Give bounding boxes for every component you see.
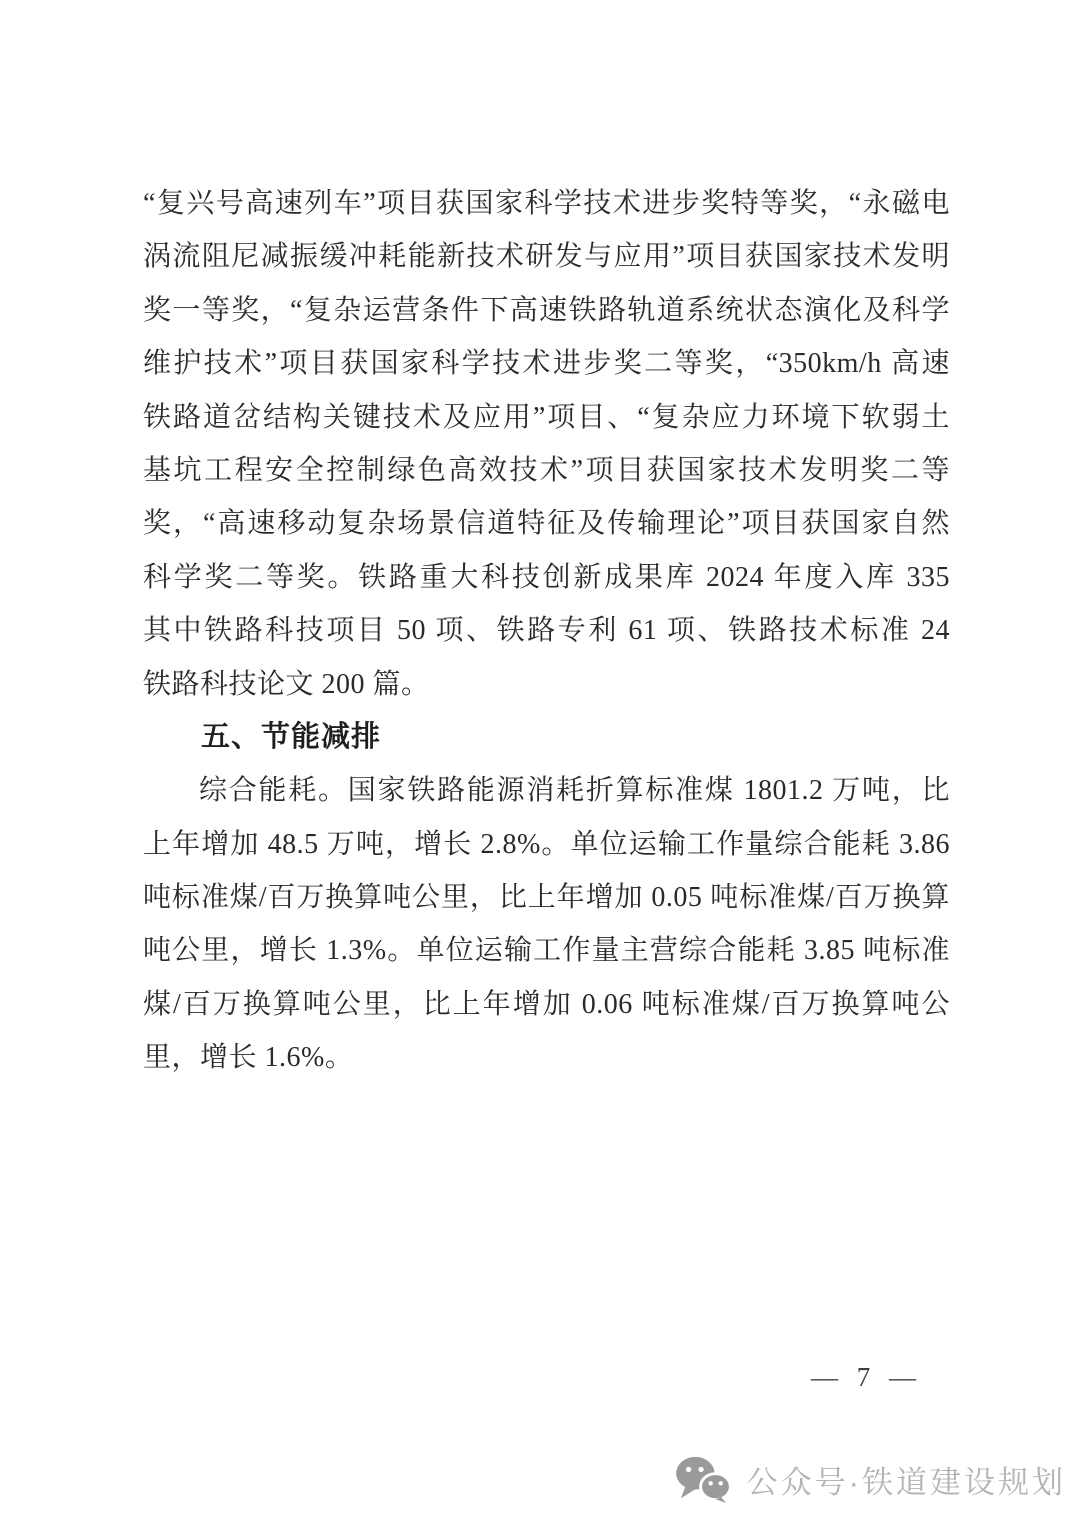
body-line: 奖，“高速移动复杂场景信道特征及传输理论”项目获国家自然 — [143, 497, 950, 550]
body-line: 煤/百万换算吨公里，比上年增加 0.06 吨标准煤/百万换算吨公 — [143, 978, 950, 1031]
body-line: 基坑工程安全控制绿色高效技术”项目获国家技术发明奖二等 — [143, 444, 950, 497]
body-line: 里，增长 1.6%。 — [143, 1031, 950, 1084]
wechat-watermark: 公众号·铁道建设规划 — [673, 1455, 1066, 1503]
body-line: 上年增加 48.5 万吨，增长 2.8%。单位运输工作量综合能耗 3.86 — [143, 818, 950, 871]
document-body: “复兴号高速列车”项目获国家科学技术进步奖特等奖，“永磁电 涡流阻尼减振缓冲耗能… — [143, 177, 950, 1085]
body-line: 铁路科技论文 200 篇。 — [143, 658, 950, 711]
body-line: 涡流阻尼减振缓冲耗能新技术研发与应用”项目获国家技术发明 — [143, 230, 950, 283]
section-heading: 五、节能减排 — [143, 711, 950, 764]
body-line: “复兴号高速列车”项目获国家科学技术进步奖特等奖，“永磁电 — [143, 177, 950, 230]
wechat-icon — [673, 1455, 733, 1503]
page-number: — 7 — — [811, 1362, 922, 1393]
body-line: 吨公里，增长 1.3%。单位运输工作量主营综合能耗 3.85 吨标准 — [143, 924, 950, 977]
body-line: 奖一等奖，“复杂运营条件下高速铁路轨道系统状态演化及科学 — [143, 284, 950, 337]
body-line: 铁路道岔结构关键技术及应用”项目、“复杂应力环境下软弱土 — [143, 391, 950, 444]
watermark-label: 公众号·铁道建设规划 — [747, 1457, 1066, 1502]
document-page: “复兴号高速列车”项目获国家科学技术进步奖特等奖，“永磁电 涡流阻尼减振缓冲耗能… — [0, 0, 1080, 1527]
body-line: 维护技术”项目获国家科学技术进步奖二等奖，“350km/h 高速 — [143, 337, 950, 390]
body-line: 科学奖二等奖。铁路重大科技创新成果库 2024 年度入库 335 项， — [143, 551, 950, 604]
body-line: 其中铁路科技项目 50 项、铁路专利 61 项、铁路技术标准 24 项、 — [143, 604, 950, 657]
body-line: 综合能耗。国家铁路能源消耗折算标准煤 1801.2 万吨，比 — [143, 764, 950, 817]
body-line: 吨标准煤/百万换算吨公里，比上年增加 0.05 吨标准煤/百万换算 — [143, 871, 950, 924]
